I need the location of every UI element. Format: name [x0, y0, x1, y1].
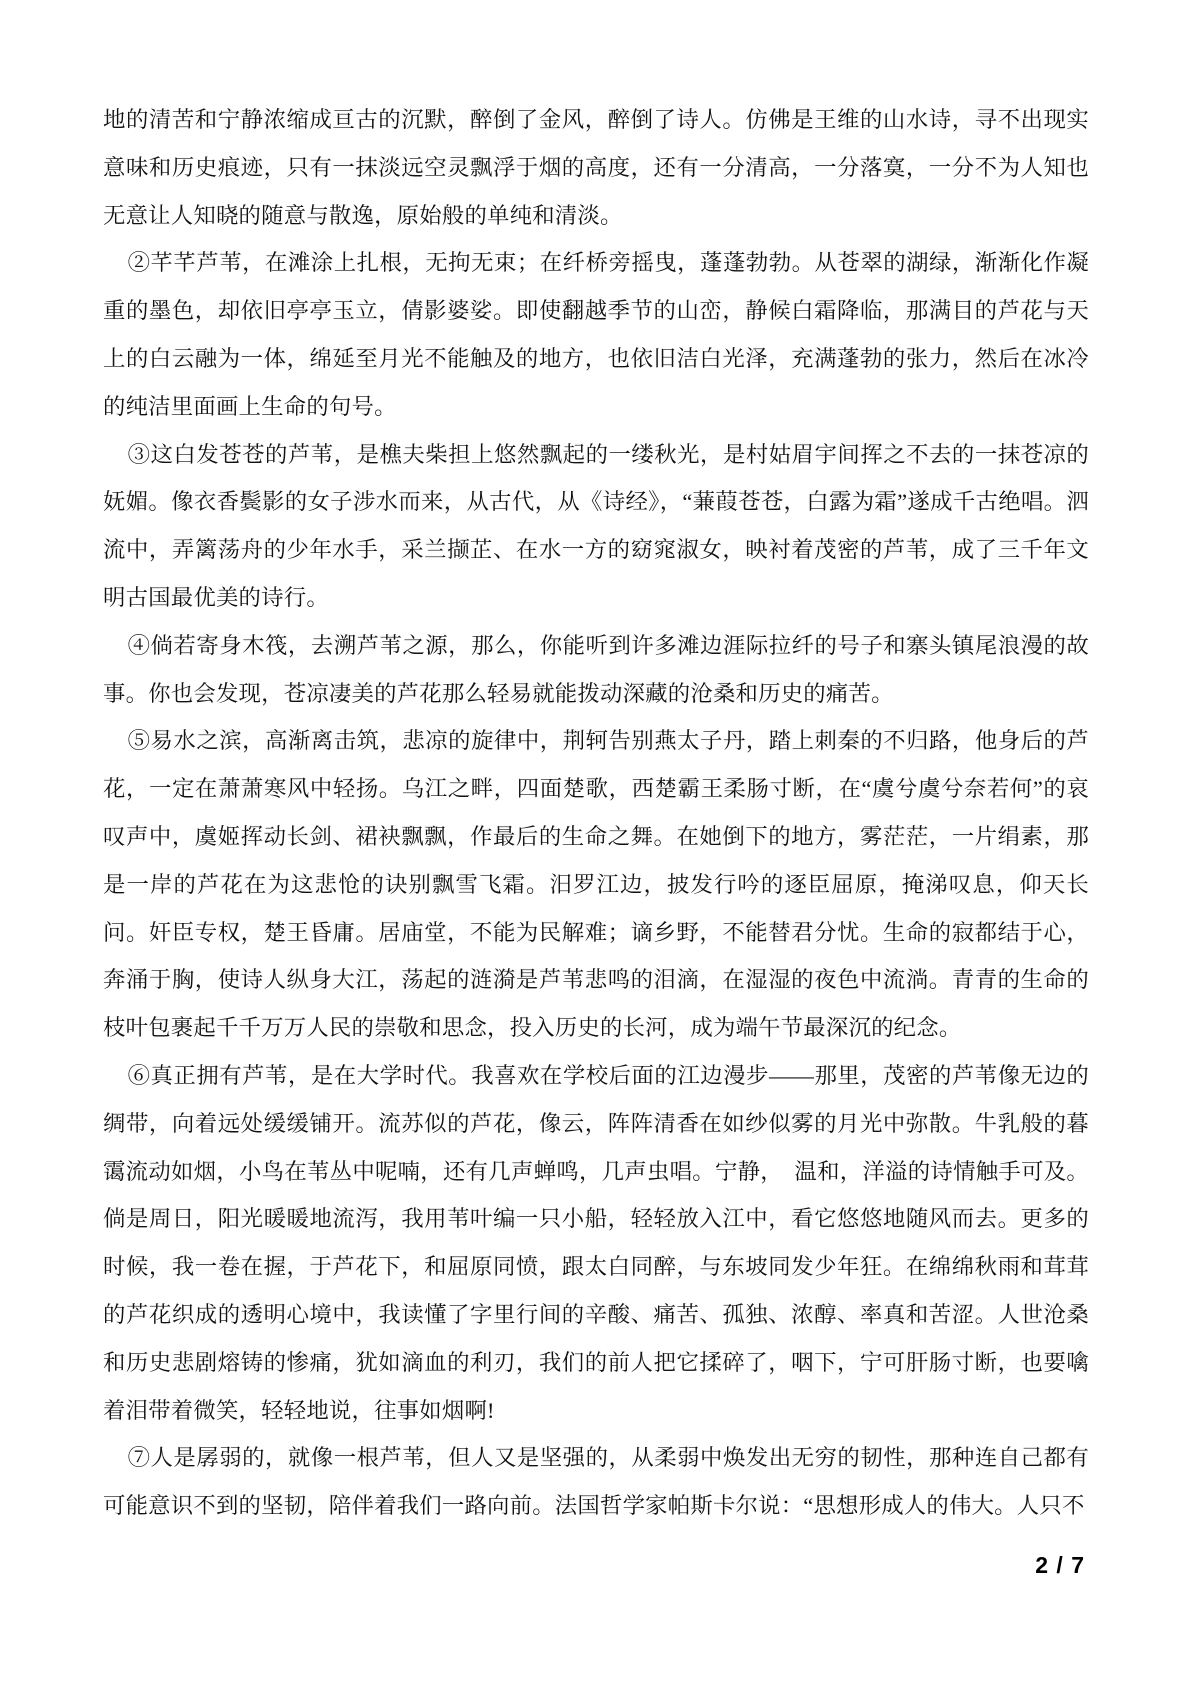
paragraph-3: ③这白发苍苍的芦苇，是樵夫柴担上悠然飘起的一缕秋光，是村姑眉宇间挥之不去的一抹苍… [103, 431, 1089, 622]
paragraph-6: ⑥真正拥有芦苇，是在大学时代。我喜欢在学校后面的江边漫步——那里，茂密的芦苇像无… [103, 1052, 1089, 1434]
paragraph-continuation: 地的清苦和宁静浓缩成亘古的沉默，醉倒了金风，醉倒了诗人。仿佛是王维的山水诗，寻不… [103, 96, 1089, 239]
document-page: 地的清苦和宁静浓缩成亘古的沉默，醉倒了金风，醉倒了诗人。仿佛是王维的山水诗，寻不… [103, 96, 1089, 1530]
paragraph-5: ⑤易水之滨，高渐离击筑，悲凉的旋律中，荆轲告别燕太子丹，踏上刺秦的不归路，他身后… [103, 717, 1089, 1052]
page-number: 2 / 7 [1035, 1552, 1085, 1579]
paragraph-2: ②芊芊芦苇，在滩涂上扎根，无拘无束；在纤桥旁摇曳，蓬蓬勃勃。从苍翠的湖绿，渐渐化… [103, 239, 1089, 430]
paragraph-4: ④倘若寄身木筏，去溯芦苇之源，那么，你能听到许多滩边涯际拉纤的号子和寨头镇尾浪漫… [103, 622, 1089, 718]
paragraph-7: ⑦人是孱弱的，就像一根芦苇，但人又是坚强的，从柔弱中焕发出无穷的韧性，那种连自己… [103, 1434, 1089, 1530]
